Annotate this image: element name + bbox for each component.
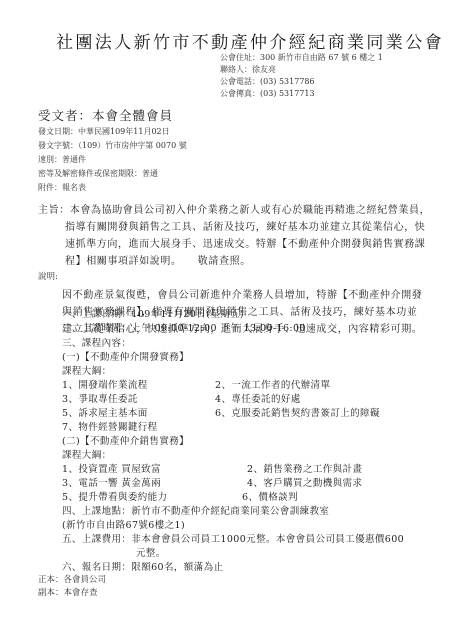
course-content-label: 三、課程內容： (62, 335, 131, 349)
contact-phone: 公會電話：(03) 5317786 (220, 76, 315, 87)
course1-item-6: 6、克服委託銷售契約書簽訂上的障礙 (215, 405, 380, 419)
course1-item-4: 4、專任委託的好處 (215, 391, 301, 405)
course2-item-3: 3、電話一響 黃金萬兩 (62, 475, 161, 489)
contact-address: 公會住址：300 新竹市自由路 67 號 6 樓之 1 (220, 52, 383, 63)
course2-item-6: 6、價格談判 (242, 489, 298, 503)
signup-info: 六、報名日期：限額60名，額滿為止 (62, 559, 223, 573)
course2-item-2: 2、銷售業務之工作與計畫 (247, 461, 362, 475)
intro-line-1: 因不動產景氣復甦，會員公司新進仲介業務人員增加，特辦【不動產仲介開發 (62, 286, 422, 301)
original-recipient: 正本：各會員公司 (38, 573, 106, 585)
class-date: 一、上課日期：109年11月20日(星期五) (62, 306, 244, 320)
contact-fax: 公會傳真：(03) 5317713 (220, 88, 315, 99)
subject-line-3: 速抓準方向，進而大展身手、迅速成交。特辦【不動產仲介開發與銷售實務課 (65, 235, 425, 250)
class-location-address: (新竹市自由路67號6樓之1) (62, 517, 185, 531)
course2-outline-label: 課程大綱： (62, 447, 112, 461)
recipient: 受文者：本會全體會員 (38, 106, 173, 124)
class-fee: 五、上課費用：非本會會員公司員工1000元整。本會會員公司員工優惠價600 (62, 531, 404, 545)
course1-item-1: 1、開發端作業流程 (62, 377, 148, 391)
course2-item-5: 5、提升帶看與委約能力 (62, 489, 167, 503)
course2-item-4: 4、客戶購買之動機與需求 (247, 475, 362, 489)
copy-recipient: 副本：本會存查 (38, 586, 98, 598)
class-time: 二、上課時間：上午 09:00-12:00 下午 13:00-16:00 (62, 320, 306, 334)
course1-item-2: 2、一流工作者的代辦清單 (215, 377, 330, 391)
attachment: 附件：報名表 (38, 182, 86, 193)
issue-date: 發文日期：中華民國109年11月02日 (38, 126, 170, 137)
document-number: 發文字號：（109）竹市房仲字第 0070 號 (38, 140, 187, 151)
subject-line-4: 程】相關事項詳如說明。 敬請查照。 (65, 252, 251, 267)
class-location: 四、上課地點：新竹市不動產仲介經紀商業同業公會訓練教室 (62, 503, 329, 517)
course2-item-1: 1、投資置產 買屋致富 (62, 461, 161, 475)
class-fee-continued: 元整。 (136, 545, 166, 559)
course1-item-5: 5、訴求屋主基本面 (62, 405, 148, 419)
course2-title: (二)【不動產仲介銷售實務】 (62, 433, 189, 447)
course1-item-3: 3、爭取專任委託 (62, 391, 138, 405)
subject-line-1: 主旨：本會為協助會員公司初入仲介業務之新人或有心於職能再精進之經紀營業員， (38, 201, 430, 216)
security-level: 密等及解密條件或保密期限：普通 (38, 168, 158, 179)
org-title: 社團法人新竹市不動產仲介經紀商業同業公會函 (56, 28, 452, 53)
course1-item-7: 7、物件經營關鍵行程 (62, 419, 158, 433)
course1-title: (一)【不動產仲介開發實務】 (62, 349, 189, 363)
urgency: 速別：普通件 (38, 154, 86, 165)
explanation-label: 說明: (38, 270, 58, 282)
contact-person: 聯絡人：徐友亮 (220, 64, 276, 75)
course1-outline-label: 課程大綱： (62, 363, 112, 377)
subject-line-2: 指導有關開發與銷售之工具、話術及技巧，練好基本功並建立其從業信心，快 (65, 218, 425, 233)
